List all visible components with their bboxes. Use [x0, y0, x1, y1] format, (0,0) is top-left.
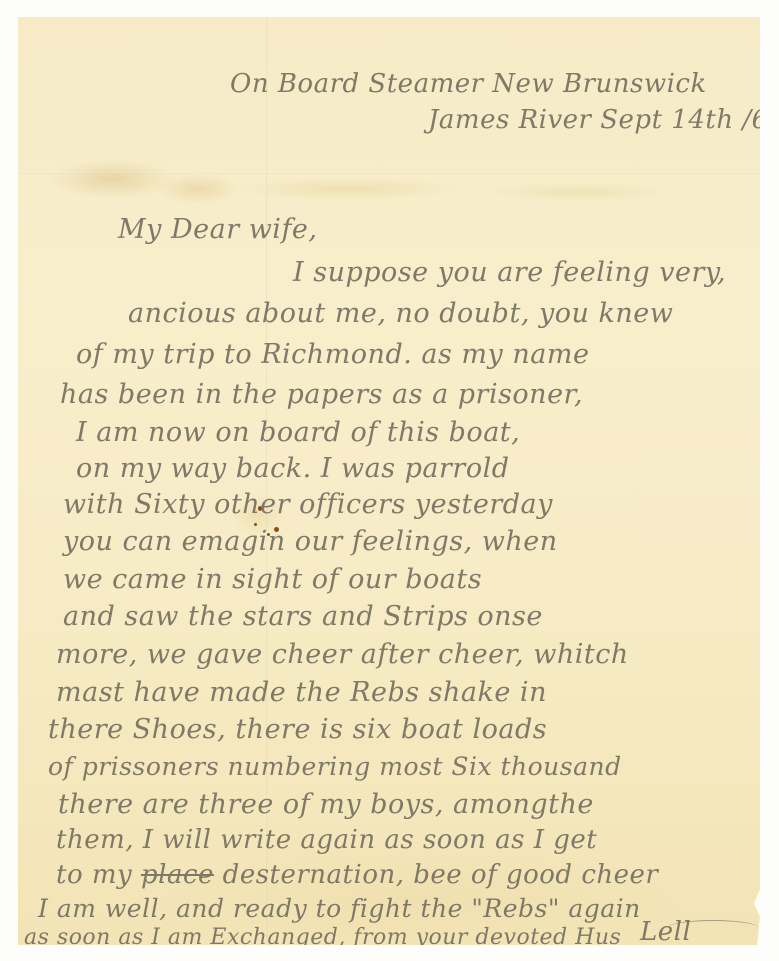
letter-line: with Sixty other officers yesterday	[63, 489, 553, 520]
letter-line: ancious about me, no doubt, you knew	[128, 298, 673, 329]
letter-line: of prissoners numbering most Six thousan…	[48, 752, 622, 781]
letter-line: of my trip to Richmond. as my name	[76, 339, 589, 370]
letter-line: mast have made the Rebs shake in	[56, 677, 547, 708]
letter-text: to my	[56, 860, 141, 890]
struck-word: place	[141, 860, 214, 890]
letter-line: I suppose you are feeling very,	[293, 257, 726, 288]
letter-line-with-strikethrough: to my place desternation, bee of good ch…	[56, 860, 658, 890]
letter-line: more, we gave cheer after cheer, whitch	[56, 639, 629, 670]
letter-line: on my way back. I was parrold	[76, 453, 510, 484]
letter-line: I am now on board of this boat,	[76, 417, 520, 448]
horizontal-fold-crease	[18, 172, 760, 174]
letter-line: there Shoes, there is six boat loads	[48, 714, 547, 745]
letter-line: them, I will write again as soon as I ge…	[56, 825, 597, 855]
letter-line: you can emagin our feelings, when	[63, 526, 558, 557]
letter-line-closing: as soon as I am Exchanged, from your dev…	[24, 925, 621, 950]
letter-line: and saw the stars and Strips onse	[63, 601, 543, 632]
letter-heading-date: James River Sept 14th /62	[428, 105, 779, 135]
letter-text: desternation, bee of good cheer	[214, 860, 658, 890]
signature-flourish	[668, 920, 758, 935]
letter-line: we came in sight of our boats	[63, 564, 482, 595]
letter-line: there are three of my boys, amongthe	[58, 789, 594, 820]
letter-page: On Board Steamer New Brunswick James Riv…	[18, 17, 760, 945]
letter-line: has been in the papers as a prisoner,	[60, 379, 583, 410]
letter-line: I am well, and ready to fight the "Rebs"…	[38, 894, 641, 923]
letter-heading-location: On Board Steamer New Brunswick	[230, 69, 707, 99]
letter-salutation: My Dear wife,	[118, 214, 318, 245]
